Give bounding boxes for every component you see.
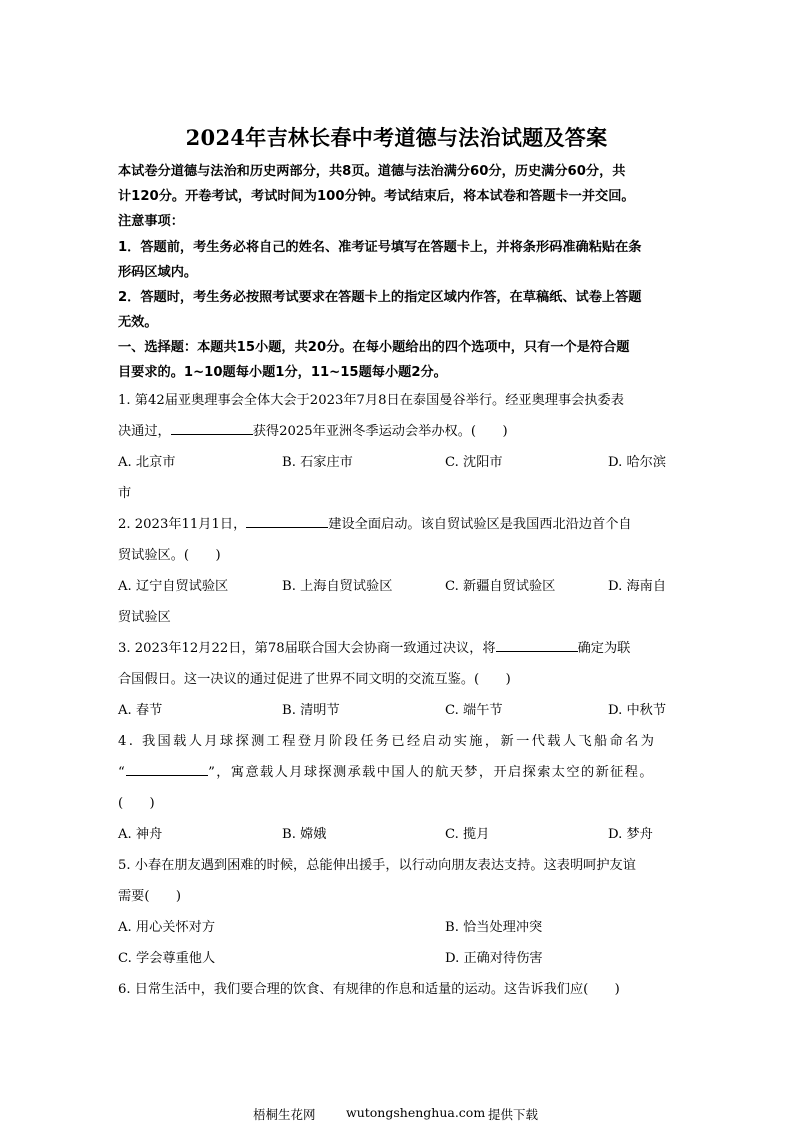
question-1-option-c: C. 沈阳市 (445, 451, 503, 470)
question-3-text-after-blank: 确定为联 (578, 641, 631, 656)
question-4-text-before-blank: “ (118, 765, 126, 780)
intro-line-1: 本试卷分道德与法治和历史两部分，共8页。道德与法治满分60分，历史满分60分，共 (118, 160, 678, 179)
question-2-option-d: D. 海南自 (608, 575, 666, 594)
question-2-option-d-wrap: 贸试验区 (118, 606, 171, 625)
question-1-text-before-blank: 决通过， (118, 424, 171, 439)
question-1-text-after-blank: 获得2025年亚洲冬季运动会举办权。( ) (253, 424, 508, 439)
document-title: 2024年吉林长春中考道德与法治试题及答案 (0, 122, 793, 152)
question-1-line-2: 决通过，获得2025年亚洲冬季运动会举办权。( ) (118, 420, 678, 439)
note-1-line-2: 形码区域内。 (118, 261, 678, 280)
question-2-option-a: A. 辽宁自贸试验区 (118, 575, 228, 594)
question-5-option-c: C. 学会尊重他人 (118, 947, 215, 966)
footer-site-name: 梧桐生花网 (253, 1105, 316, 1122)
question-3-blank (496, 639, 578, 652)
question-2-text-before-blank: 2. 2023年11月1日， (118, 517, 246, 532)
section-heading-line-2: 目要求的。1~10题每小题1分，11~15题每小题2分。 (118, 361, 678, 380)
question-3-option-c: C. 端午节 (445, 699, 503, 718)
question-4-option-d: D. 梦舟 (608, 823, 653, 842)
question-5-option-d: D. 正确对待伤害 (445, 947, 543, 966)
note-2-line-1: 2．答题时，考生务必按照考试要求在答题卡上的指定区域内作答，在草稿纸、试卷上答题 (118, 286, 678, 305)
question-1-option-d-wrap: 市 (118, 482, 131, 501)
question-4-text-after-blank: ”，寓意载人月球探测承载中国人的航天梦，开启探索太空的新征程。 (208, 765, 654, 780)
question-3-line-1: 3. 2023年12月22日，第78届联合国大会协商一致通过决议，将确定为联 (118, 637, 678, 656)
question-4-option-a: A. 神舟 (118, 823, 162, 842)
question-5-line-1: 5. 小春在朋友遇到困难的时候，总能伸出援手，以行动向朋友表达支持。这表明呵护友… (118, 854, 678, 873)
document-page: 2024年吉林长春中考道德与法治试题及答案 本试卷分道德与法治和历史两部分，共8… (0, 0, 793, 1122)
question-3-text-before-blank: 3. 2023年12月22日，第78届联合国大会协商一致通过决议，将 (118, 641, 496, 656)
question-6-line-1: 6. 日常生活中，我们要合理的饮食、有规律的作息和适量的运动。这告诉我们应( ) (118, 978, 678, 997)
question-4-blank (126, 763, 208, 776)
question-2-line-2: 贸试验区。( ) (118, 544, 678, 563)
question-3-line-2: 合国假日。这一决议的通过促进了世界不同文明的交流互鉴。( ) (118, 668, 678, 687)
intro-line-2: 计120分。开卷考试，考试时间为100分钟。考试结束后，将本试卷和答题卡一并交回… (118, 185, 678, 204)
question-2-blank (246, 515, 328, 528)
question-1-line-1: 1. 第42届亚奥理事会全体大会于2023年7月8日在泰国曼谷举行。经亚奥理事会… (118, 389, 678, 408)
question-1-option-a: A. 北京市 (118, 451, 175, 470)
question-5-option-b: B. 恰当处理冲突 (445, 916, 542, 935)
question-3-option-b: B. 清明节 (282, 699, 340, 718)
question-2-line-1: 2. 2023年11月1日，建设全面启动。该自贸试验区是我国西北沿边首个自 (118, 513, 678, 532)
footer-site-url[interactable]: wutongshenghua.com (346, 1105, 485, 1120)
question-1-option-b: B. 石家庄市 (282, 451, 353, 470)
section-heading-line-1: 一、选择题：本题共15小题，共20分。在每小题给出的四个选项中，只有一个是符合题 (118, 336, 678, 355)
question-4-line-3: ( ) (118, 792, 678, 811)
question-1-option-d: D. 哈尔滨 (608, 451, 666, 470)
question-4-line-1: 4. 我国载人月球探测工程登月阶段任务已经启动实施，新一代载人飞船命名为 (118, 730, 678, 749)
question-2-text-after-blank: 建设全面启动。该自贸试验区是我国西北沿边首个自 (328, 517, 631, 532)
question-4-line-2: “”，寓意载人月球探测承载中国人的航天梦，开启探索太空的新征程。 (118, 761, 678, 780)
question-5-option-a: A. 用心关怀对方 (118, 916, 215, 935)
question-4-option-c: C. 揽月 (445, 823, 489, 842)
question-2-option-b: B. 上海自贸试验区 (282, 575, 392, 594)
notice-heading: 注意事项： (118, 210, 678, 229)
question-5-line-2: 需要( ) (118, 885, 678, 904)
question-3-option-a: A. 春节 (118, 699, 162, 718)
question-2-option-c: C. 新疆自贸试验区 (445, 575, 555, 594)
note-2-line-2: 无效。 (118, 311, 678, 330)
question-4-option-b: B. 嫦娥 (282, 823, 326, 842)
footer-download-label: 提供下载 (488, 1105, 538, 1122)
question-3-option-d: D. 中秋节 (608, 699, 666, 718)
note-1-line-1: 1．答题前，考生务必将自己的姓名、准考证号填写在答题卡上，并将条形码准确粘贴在条 (118, 236, 678, 255)
question-1-blank (171, 422, 253, 435)
